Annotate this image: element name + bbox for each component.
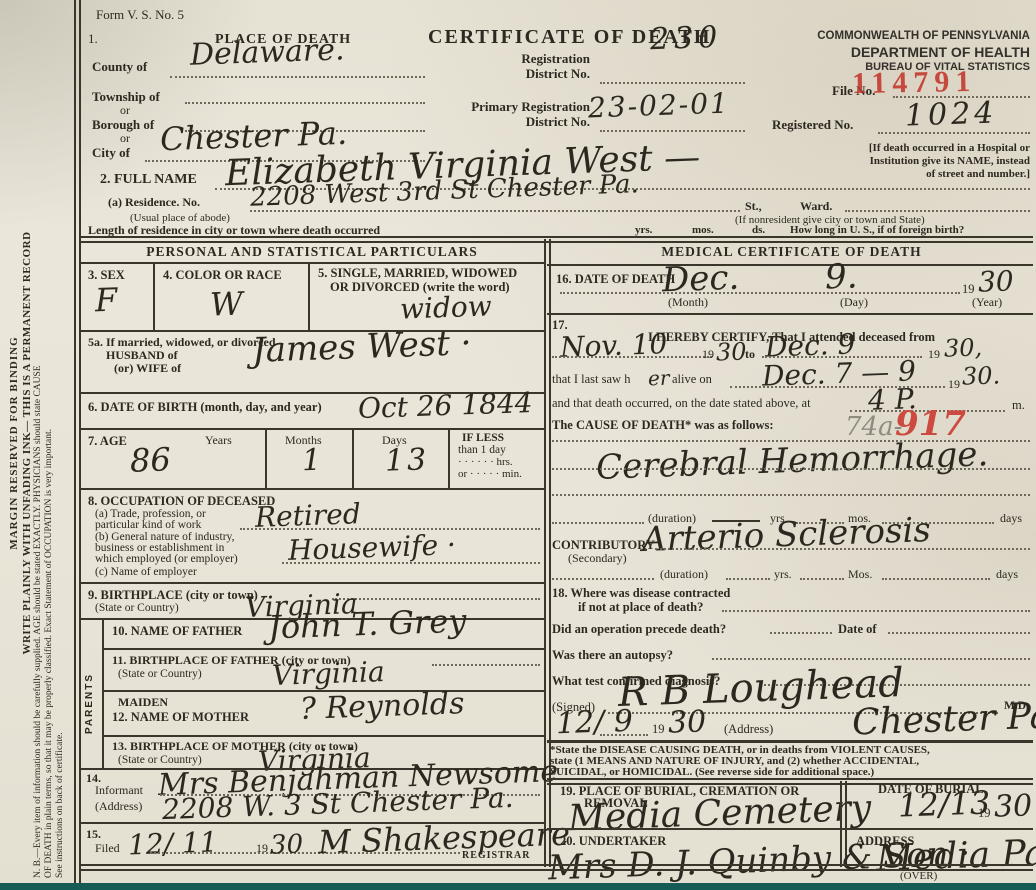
occupation-b-value: Housewife · [288,531,457,565]
duration2-dots-b [726,578,770,580]
row-line [102,735,544,737]
or-2: or [120,132,130,146]
filed-year-print: 19 [256,842,268,856]
alive-on-label: alive on [672,372,712,386]
autopsy-dots [712,658,1030,660]
cell-line [308,262,310,330]
residence-line [250,210,740,212]
q18-line-2: if not at place of death? [578,600,703,614]
operation-label: Did an operation precede death? [552,622,726,636]
registrar-label: REGISTRAR [462,850,530,862]
length-ds: ds. [752,224,765,237]
parents-band: PARENTS [80,618,102,768]
father-value: John T. Grey [268,605,467,644]
dob-value: Oct 26 1844 [358,389,533,423]
residence-label: (a) Residence. No. [108,196,200,210]
spouse-label-3: (or) WIFE of [114,362,181,376]
row-line [80,262,544,264]
bottom-divider [80,864,1033,871]
duration2-days: days [996,568,1018,582]
sign-address-value: Chester Pa [851,699,1036,742]
age-years-value: 86 [129,443,171,476]
scan-edge-strip [0,883,1036,890]
length-mos: mos. [692,224,714,237]
medical-heading: MEDICAL CERTIFICATE OF DEATH [547,244,1036,260]
hospital-note: [If death occurred in a Hospital or Inst… [862,142,1030,182]
mother-value: ? Reynolds [300,689,465,725]
race-value: W [209,287,243,320]
age-years-cap: Years [205,434,232,448]
sign-year-print: 19 [652,722,665,736]
duration1-days: days [1000,512,1022,526]
date-of-death-day: 9. [824,259,858,294]
cell-line [448,428,450,488]
primary-registration-label-2: District No. [440,115,590,130]
ward-label: Ward. [800,200,832,214]
date-of-dots [888,632,1030,634]
registered-no-line [878,132,1030,134]
st-label: St., [745,200,762,214]
father-bp-line [432,664,540,666]
row-line [547,828,1033,830]
father-bp-value: Virginia [272,658,386,690]
filed-number: 15. [86,828,101,842]
cause-of-death-label: The CAUSE OF DEATH* was as follows: [552,418,774,432]
age-label: 7. AGE [88,434,127,448]
age-months-value: 1 [301,446,321,477]
registration-line [600,82,745,84]
m-label: m. [1012,398,1025,412]
duration2-caption: (duration) [660,568,708,582]
row-line [80,428,544,430]
sign-year-value: 30 [667,707,706,738]
burial-year-print: 19 [978,806,991,820]
date-of-label: Date of [838,622,877,636]
month-caption: (Month) [668,296,708,310]
date-of-death-label: 16. DATE OF DEATH [556,272,675,286]
contributory-line [655,548,1030,550]
father-bp-sub: (State or Country) [118,668,202,681]
sex-value: F [94,284,117,317]
margin-note-binding: MARGIN RESERVED FOR BINDING [8,8,21,878]
department-line: DEPARTMENT OF HEALTH [770,44,1030,60]
registration-label-1: Registration [480,52,590,67]
attended-from-year: 30 [716,339,747,364]
birthplace-sub: (State or Country) [95,602,179,615]
informant-address-label: (Address) [95,800,142,814]
sign-address-label: (Address) [724,722,773,736]
to-year-print: 19 [928,348,940,362]
primary-registration-line [600,130,745,132]
item-1-number: 1. [88,32,98,47]
spouse-value: James West · [251,326,472,368]
birthplace-label: 9. BIRTHPLACE (city or town) [88,588,258,602]
attended-line [552,356,712,358]
burial-year-value: 30 [993,791,1032,822]
header-divider [80,236,1033,243]
length-yrs: yrs. [635,224,652,237]
county-value: Delaware. [190,35,345,70]
registrar-signature: M Shakespeare [318,818,571,859]
howlong-label: How long in U. S., if of foreign birth? [790,224,964,237]
registration-label-2: District No. [480,67,590,82]
contributory-value: Arterio Sclerosis [641,513,931,557]
mother-maiden-cap: MAIDEN [118,696,168,710]
occupation-heading: 8. OCCUPATION OF DECEASED [88,494,275,508]
primary-registration-value: 23-02-01 [588,90,731,123]
burial-place-value: Media Cemetery [567,791,871,838]
duration2-yrs: yrs. [774,568,792,582]
margin-note-cause: OF DEATH in plain terms, so that it may … [44,8,55,878]
q18-line-1: 18. Where was disease contracted [552,586,730,600]
autopsy-label: Was there an autopsy? [552,648,673,662]
county-label: County of [92,60,147,75]
margin-note-permanent-record: WRITE PLAINLY WITH UNFADING INK— THIS IS… [21,8,34,878]
filed-label: Filed [95,842,120,856]
dob-label: 6. DATE OF BIRTH (month, day, and year) [88,400,322,414]
registered-no-label: Registered No. [772,118,853,133]
signature-underline [547,740,1033,743]
secondary-label: (Secondary) [568,552,627,566]
mother-label: 12. NAME OF MOTHER [112,710,249,724]
form-number: Form V. S. No. 5 [96,8,184,23]
father-label: 10. NAME OF FATHER [112,624,242,638]
or-1: or [120,104,130,118]
duration2-mos: Mos. [848,568,872,582]
county-line [170,76,425,78]
registration-value: 230 [649,23,722,56]
filed-year-value: 30 [270,831,304,858]
binding-margin: MARGIN RESERVED FOR BINDING WRITE PLAINL… [0,0,76,884]
mother-bp-sub: (State or Country) [118,754,202,767]
full-name-label: 2. FULL NAME [100,172,197,188]
margin-note-nb: N. B.—Every item of information should b… [33,8,44,878]
last-saw-her: er [648,368,670,389]
cause-line-3 [552,494,1030,496]
footnote-line-3: SUICIDAL, or HOMICIDAL. (See reverse sid… [550,766,874,779]
year-caption: (Year) [972,296,1002,310]
row-line [80,488,544,490]
commonwealth-line: COMMONWEALTH OF PENNSYLVANIA [770,30,1030,42]
duration1-dots-a [552,522,644,524]
duration2-dots-c [800,578,844,580]
parents-cell-line [102,618,104,768]
cause-line-2 [552,468,1030,470]
parents-label: PARENTS [84,673,96,734]
cell-line [265,428,267,488]
cause-of-death-value: Cerebral Hemorrhage. [596,437,989,485]
primary-registration-label-1: Primary Registration [440,100,590,115]
personal-heading: PERSONAL AND STATISTICAL PARTICULARS [80,244,544,260]
operation-dots [770,632,832,634]
duration2-dots-d [882,578,990,580]
date-of-death-line [560,292,960,294]
registered-no-value: 1024 [905,98,998,131]
death-certificate-document: MARGIN RESERVED FOR BINDING WRITE PLAINL… [0,0,1036,890]
from-year-print: 19 [702,348,714,362]
last-saw-label: that I last saw h [552,372,630,386]
last-saw-year-print: 19 [948,378,960,392]
row-line [547,313,1033,315]
row-line [80,582,544,584]
q18-line [722,610,1030,612]
if-less-4: or · · · · · min. [458,468,522,481]
filed-date-value: 12/ 11 [128,828,219,859]
death-occurred-label: and that death occurred, on the date sta… [552,396,811,410]
duration2-dots-a [552,578,654,580]
occupation-c-label: (c) Name of employer [95,566,197,579]
file-no-stamp: 114791 [852,65,977,101]
cell-line [153,262,155,330]
date-of-death-year: 30 [978,267,1015,296]
sign-date-dots [600,734,648,736]
city-label: City of [92,146,130,161]
marital-value: widow [400,292,493,323]
if-less-3: · · · · · · hrs. [458,456,513,469]
cell-line [352,428,354,488]
margin-note-instructions: See instructions on back of certificate. [55,8,66,878]
row-line [102,648,544,650]
informant-label: Informant [95,784,143,798]
over-label: (OVER) [900,870,937,883]
ward-line [845,210,1030,212]
birthplace-line [332,598,540,600]
township-line [185,102,425,104]
marital-label-1: 5. SINGLE, MARRIED, WIDOWED [318,266,517,280]
burial-date-value: 12/13 [897,786,990,821]
last-saw-year: 30. [962,363,1001,388]
occupation-b-line [282,562,540,564]
occupation-b-3: which employed (or employer) [95,553,238,566]
age-days-value: 13 [384,445,429,477]
to-word: to [745,348,755,362]
day-caption: (Day) [840,296,868,310]
attended-to-year: 30, [944,335,983,360]
row-line [547,264,1033,266]
race-label: 4. COLOR OR RACE [163,268,282,282]
